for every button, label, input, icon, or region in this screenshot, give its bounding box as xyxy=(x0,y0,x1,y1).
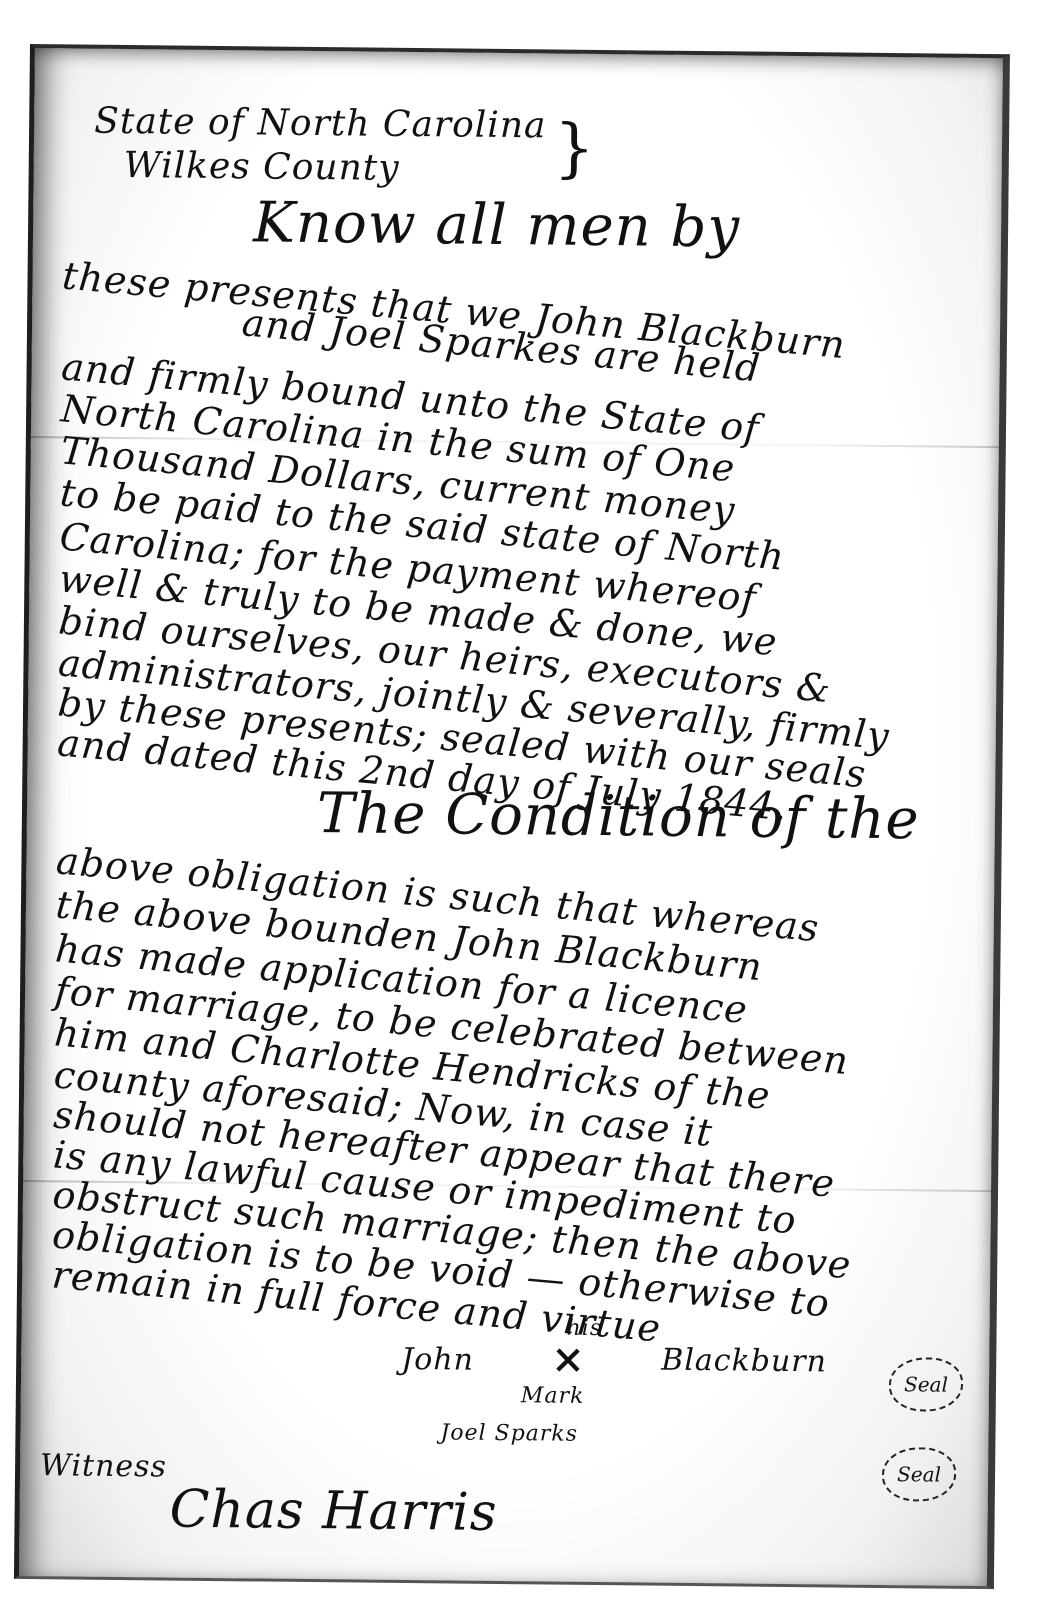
seal-label: Seal xyxy=(904,1372,948,1396)
seal-stamp: Seal xyxy=(882,1447,957,1502)
brace-mark: } xyxy=(554,111,596,185)
caption-state: State of North Carolina xyxy=(94,101,547,147)
signature-joel-sparks: Joel Sparks xyxy=(440,1420,578,1446)
seal-label: Seal xyxy=(897,1462,941,1486)
bond-heading: Know all men by xyxy=(253,190,741,260)
caption-county: Wilkes County xyxy=(124,145,400,189)
signature-first-name: John xyxy=(401,1342,474,1378)
seal-stamp: Seal xyxy=(889,1357,964,1412)
document-page: State of North Carolina Wilkes County } … xyxy=(14,44,1010,1589)
x-mark-icon: × xyxy=(551,1336,586,1383)
condition-heading: The Condition of the xyxy=(317,781,920,852)
mark-label: Mark xyxy=(521,1383,585,1409)
witness-signature: Chas Harris xyxy=(169,1480,497,1543)
signature-last-name: Blackburn xyxy=(661,1343,827,1380)
witness-label: Witness xyxy=(40,1448,167,1484)
